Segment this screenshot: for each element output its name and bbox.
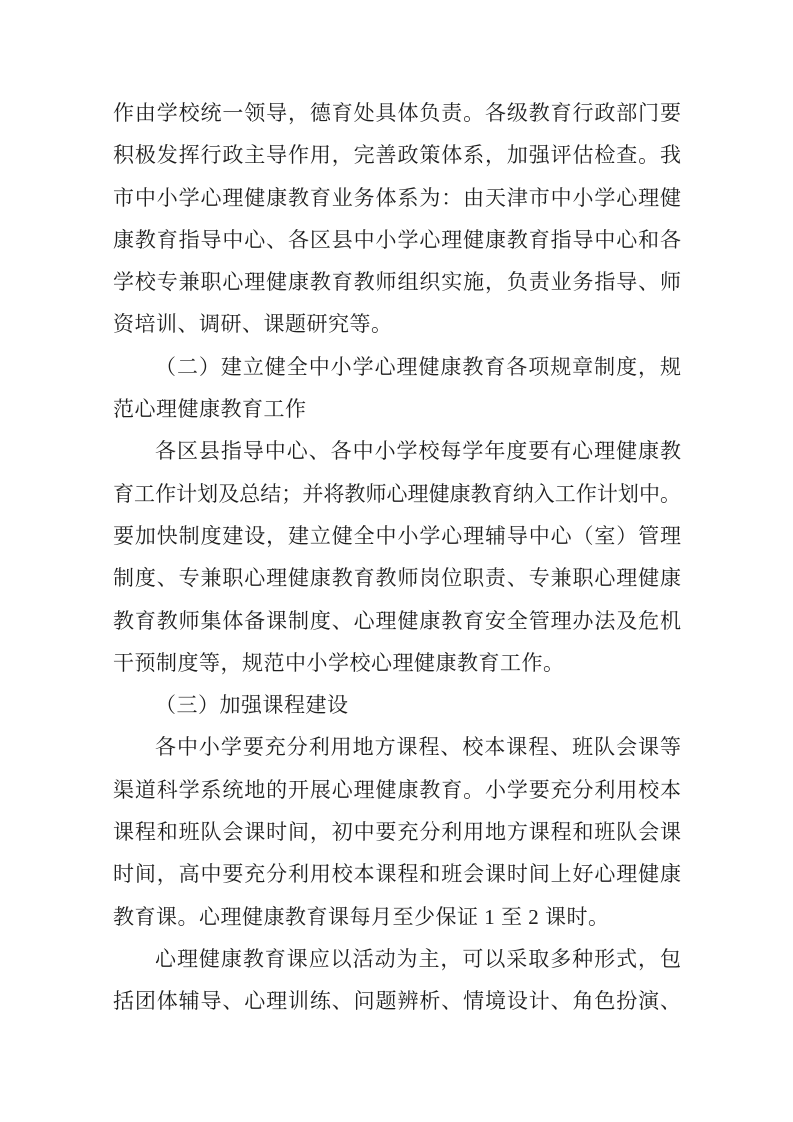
- text-line: 资培训、调研、课题研究等。: [113, 303, 681, 345]
- text-line: 范心理健康教育工作: [113, 388, 681, 430]
- text-line: 要加快制度建设，建立健全中小学心理辅导中心（室）管理: [113, 515, 681, 557]
- text-line: 时间，高中要充分利用校本课程和班会课时间上好心理健康: [113, 853, 681, 895]
- text-line: 教育课。心理健康教育课每月至少保证 1 至 2 课时。: [113, 896, 681, 938]
- document-text-block: 作由学校统一领导，德育处具体负责。各级教育行政部门要积极发挥行政主导作用，完善政…: [113, 92, 681, 1023]
- document-page: 作由学校统一领导，德育处具体负责。各级教育行政部门要积极发挥行政主导作用，完善政…: [0, 0, 793, 1122]
- text-line: 制度、专兼职心理健康教育教师岗位职责、专兼职心理健康: [113, 557, 681, 599]
- text-line: 渠道科学系统地的开展心理健康教育。小学要充分利用校本: [113, 769, 681, 811]
- text-line: 市中小学心理健康教育业务体系为：由天津市中小学心理健: [113, 177, 681, 219]
- text-line: 积极发挥行政主导作用，完善政策体系，加强评估检查。我: [113, 134, 681, 176]
- text-line: 各区县指导中心、各中小学校每学年度要有心理健康教: [113, 430, 681, 472]
- text-line: 各中小学要充分利用地方课程、校本课程、班队会课等: [113, 726, 681, 768]
- text-line: 康教育指导中心、各区县中小学心理健康教育指导中心和各: [113, 219, 681, 261]
- text-line: 心理健康教育课应以活动为主，可以采取多种形式，包: [113, 938, 681, 980]
- text-line: 干预制度等，规范中小学校心理健康教育工作。: [113, 642, 681, 684]
- text-line: 作由学校统一领导，德育处具体负责。各级教育行政部门要: [113, 92, 681, 134]
- text-line: 育工作计划及总结；并将教师心理健康教育纳入工作计划中。: [113, 473, 681, 515]
- text-line: 学校专兼职心理健康教育教师组织实施，负责业务指导、师: [113, 261, 681, 303]
- text-line: （二）建立健全中小学心理健康教育各项规章制度，规: [113, 346, 681, 388]
- text-line: 教育教师集体备课制度、心理健康教育安全管理办法及危机: [113, 600, 681, 642]
- text-line: （三）加强课程建设: [113, 684, 681, 726]
- text-line: 括团体辅导、心理训练、问题辨析、情境设计、角色扮演、: [113, 980, 681, 1022]
- text-line: 课程和班队会课时间，初中要充分利用地方课程和班队会课: [113, 811, 681, 853]
